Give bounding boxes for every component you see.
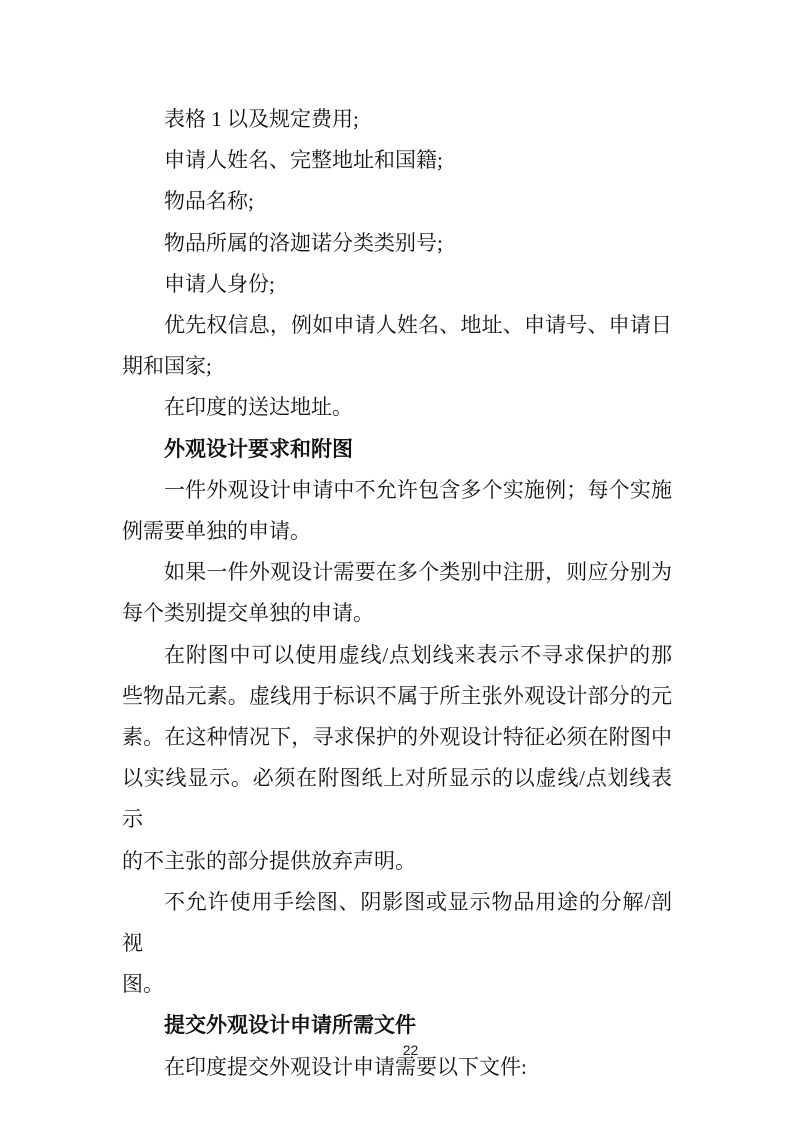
text-line: 例需要单独的申请。 [122, 511, 672, 552]
text-line: 物品所属的洛迦诺分类类别号; [122, 223, 672, 264]
text-line: 表格 1 以及规定费用; [122, 99, 672, 140]
document-page: 表格 1 以及规定费用; 申请人姓名、完整地址和国籍; 物品名称; 物品所属的洛… [0, 0, 793, 1122]
text-line: 优先权信息，例如申请人姓名、地址、申请号、申请日 [122, 305, 672, 346]
document-body: 表格 1 以及规定费用; 申请人姓名、完整地址和国籍; 物品名称; 物品所属的洛… [122, 99, 672, 1088]
text-line: 一件外观设计申请中不允许包含多个实施例；每个实施 [122, 470, 672, 511]
text-line: 不允许使用手绘图、阴影图或显示物品用途的分解/剖视 [122, 882, 672, 964]
text-line: 以实线显示。必须在附图纸上对所显示的以虚线/点划线表示 [122, 758, 672, 840]
text-line: 图。 [122, 964, 672, 1005]
text-line: 素。在这种情况下，寻求保护的外观设计特征必须在附图中 [122, 717, 672, 758]
page-footer: 22 [0, 1042, 793, 1060]
text-line: 物品名称; [122, 181, 672, 222]
text-line: 每个类别提交单独的申请。 [122, 593, 672, 634]
section-heading: 提交外观设计申请所需文件 [122, 1005, 672, 1046]
text-line: 些物品元素。虚线用于标识不属于所主张外观设计部分的元 [122, 676, 672, 717]
text-line: 在附图中可以使用虚线/点划线来表示不寻求保护的那 [122, 635, 672, 676]
page-number: 22 [375, 1042, 419, 1058]
section-heading: 外观设计要求和附图 [122, 429, 672, 470]
text-line: 的不主张的部分提供放弃声明。 [122, 841, 672, 882]
text-line: 申请人姓名、完整地址和国籍; [122, 140, 672, 181]
text-line: 期和国家; [122, 346, 672, 387]
text-line: 在印度的送达地址。 [122, 387, 672, 428]
text-line: 申请人身份; [122, 264, 672, 305]
text-line: 如果一件外观设计需要在多个类别中注册，则应分别为 [122, 552, 672, 593]
